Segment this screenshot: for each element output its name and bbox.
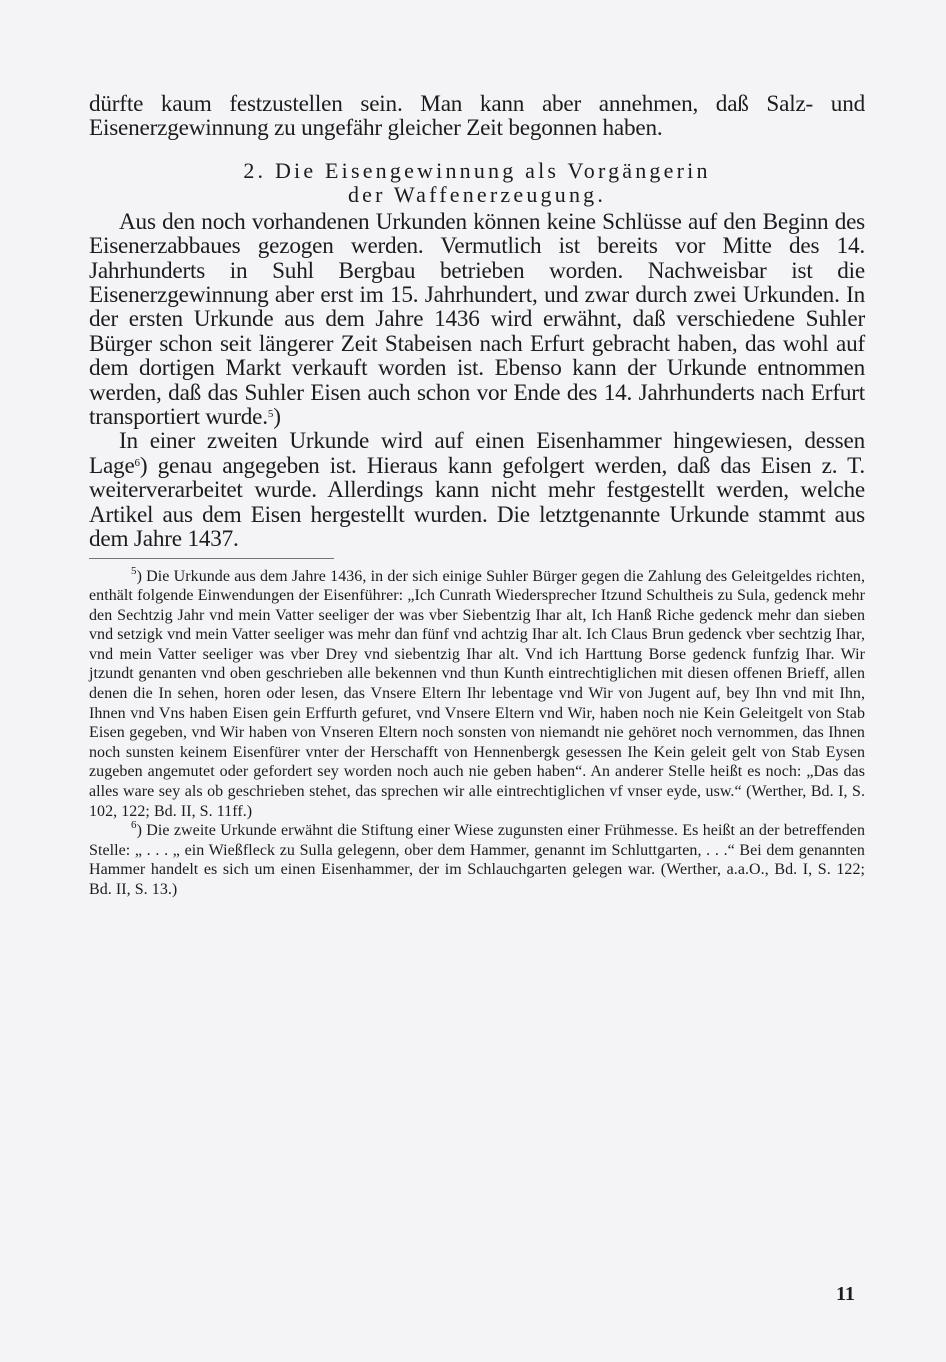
footnote-5: 5) Die Urkunde aus dem Jahre 1436, in de… [89, 567, 865, 822]
paragraph-1-close: ) [273, 404, 281, 430]
section-heading-line-2: der Waffenerzeugung. [89, 183, 865, 208]
paragraph-2: In einer zweiten Urkunde wird auf einen … [89, 429, 865, 551]
page-number: 11 [836, 1283, 855, 1306]
footnotes: 5) Die Urkunde aus dem Jahre 1436, in de… [89, 567, 865, 900]
intro-paragraph: dürfte kaum festzustellen sein. Man kann… [89, 92, 865, 141]
footnote-6: 6) Die zweite Urkunde erwähnt die Stiftu… [89, 821, 865, 899]
document-page: dürfte kaum festzustellen sein. Man kann… [89, 92, 865, 900]
footnote-divider [89, 558, 334, 559]
paragraph-1-text: Aus den noch vorhandenen Urkunden können… [89, 209, 865, 430]
main-text: dürfte kaum festzustellen sein. Man kann… [89, 92, 865, 552]
footnote-6-text: ) Die zweite Urkunde erwähnt die Stiftun… [89, 822, 865, 898]
paragraph-2-text-after: ) genau angegeben ist. Hieraus kann gefo… [89, 453, 865, 552]
section-heading: 2. Die Eisengewinnung als Vorgängerin de… [89, 159, 865, 208]
section-heading-line-1: 2. Die Eisengewinnung als Vorgängerin [89, 159, 865, 184]
footnote-5-text: ) Die Urkunde aus dem Jahre 1436, in der… [89, 568, 865, 820]
paragraph-1: Aus den noch vorhandenen Urkunden können… [89, 210, 865, 430]
